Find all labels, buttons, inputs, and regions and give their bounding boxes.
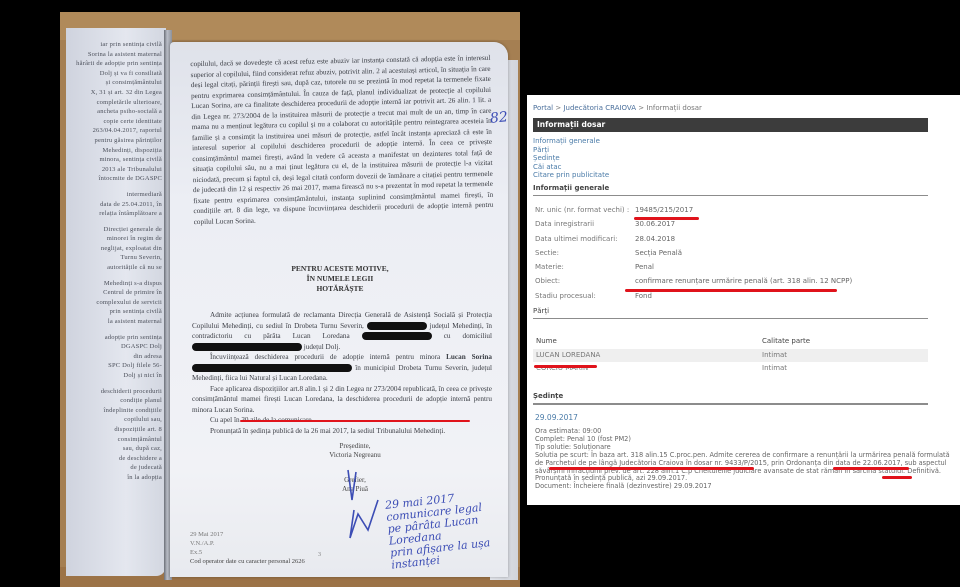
decision-line: Face aplicarea dispozițiilor art.8 alin.…: [192, 384, 492, 416]
decision-page: copilului, dacă se dovedește că acest re…: [170, 42, 508, 577]
footer-date: 29 Mai 2017: [190, 530, 305, 539]
left-page-line: 2013 ale Tribunalului: [70, 165, 162, 175]
nav-link-appeals[interactable]: Căi atac: [533, 163, 609, 172]
left-page-line: de judecată: [70, 463, 162, 473]
parties-table-header: Nume Calitate parte: [533, 335, 928, 349]
left-page-line: completările ulterioare,: [70, 98, 162, 108]
left-page-line: adopție prin sentința: [70, 333, 162, 343]
minor-name: Lucan Sorina: [446, 353, 492, 361]
breadcrumb-separator: >: [638, 104, 644, 112]
left-page-line: deschiderii procedurii: [70, 387, 162, 397]
left-page-text: iar prin sentința civilăSorina la asiste…: [70, 40, 162, 483]
left-page-line: data de 25.04.2011, în: [70, 200, 162, 210]
page-title: Informații dosar: [533, 118, 928, 132]
general-info-header: Informații generale: [533, 184, 928, 196]
left-page-line: Mehedinți s-a dispus: [70, 279, 162, 289]
nav-link-parties[interactable]: Părți: [533, 146, 609, 155]
footer-operator: Cod operator date cu caracter personal 2…: [190, 557, 305, 566]
red-underline-mark: [549, 467, 754, 470]
column-header-name: Nume: [536, 337, 557, 345]
redaction-bar: [192, 343, 302, 351]
decision-line: Încuviințează deschiderea procedurii de …: [210, 353, 440, 361]
left-page-line: relația întâmplătoare a: [70, 209, 162, 219]
info-value: 19485/215/2017: [635, 206, 693, 214]
document-line: Document: Încheiere finală (dezinvestire…: [535, 483, 930, 491]
left-page-line: autoritățile că nu se: [70, 263, 162, 273]
signature-scribble: [338, 460, 388, 540]
president-label: Președinte,: [310, 442, 400, 451]
decision-text: Admite acțiunea formulată de reclamanta …: [192, 310, 492, 436]
red-underline-mark: [625, 289, 837, 292]
party-role: Intimat: [762, 364, 787, 372]
breadcrumb-court[interactable]: Judecătoria CRAIOVA: [563, 104, 636, 112]
breadcrumb-separator: >: [555, 104, 561, 112]
nav-link-hearings[interactable]: Ședințe: [533, 154, 609, 163]
page-number: 3: [318, 552, 321, 558]
handwritten-note: 29 mai 2017 comunicare legal pe pârâta L…: [385, 488, 502, 571]
nav-link-public-summons[interactable]: Citare prin publicitate: [533, 171, 609, 180]
section-nav: Informații generale Părți Ședințe Căi at…: [533, 137, 609, 180]
left-page-line: Sorina la asistent maternal: [70, 50, 162, 60]
hearing-details: Ora estimata: 09:00 Complet: Penal 10 (f…: [535, 428, 930, 491]
info-key: Stadiu procesual:: [535, 292, 630, 300]
left-book-page: iar prin sentința civilăSorina la asiste…: [66, 28, 166, 576]
left-page-line: complexului de servicii: [70, 298, 162, 308]
left-page-line: la asistent maternal: [70, 317, 162, 327]
left-page-line: dispozițiile art. 8: [70, 425, 162, 435]
left-page-line: ancheta psiho-socială a: [70, 107, 162, 117]
breadcrumb-current: Informații dosar: [646, 104, 702, 112]
pronouncement-line: Pronunțată în ședința publică de la 26 m…: [192, 426, 492, 437]
left-page-line: de deschidere a: [70, 454, 162, 464]
info-key: Nr. unic (nr. format vechi) :: [535, 206, 630, 214]
left-page-line: neglijat, exploatat din: [70, 244, 162, 254]
hearings-header: Ședințe: [533, 392, 928, 405]
red-underline-mark: [240, 420, 470, 422]
left-page-line: minorei în regim de: [70, 234, 162, 244]
left-page-line: sau, după caz,: [70, 444, 162, 454]
hearing-date[interactable]: 29.09.2017: [535, 413, 578, 422]
info-value: Penal: [635, 263, 654, 271]
footer-copies: Ex.5: [190, 548, 305, 557]
decision-heading: PENTRU ACESTE MOTIVE, ÎN NUMELE LEGII HO…: [240, 264, 440, 294]
left-page-line: din adresa: [70, 352, 162, 362]
decision-line: județul Dolj.: [304, 343, 340, 351]
table-row: LUCAN LOREDANA Intimat: [533, 349, 928, 362]
left-page-line: copie certe identitate: [70, 117, 162, 127]
info-key: Sectie:: [535, 249, 630, 257]
parties-table: Nume Calitate parte LUCAN LOREDANA Intim…: [533, 335, 928, 375]
heading-line: PENTRU ACESTE MOTIVE,: [240, 264, 440, 274]
decision-line: cu domiciliul: [444, 332, 492, 340]
left-page-line: și consimțământului: [70, 78, 162, 88]
left-page-line: copilului sau,: [70, 415, 162, 425]
left-page-line: consimțământul: [70, 435, 162, 445]
left-page-line: minora, sentința civilă: [70, 155, 162, 165]
left-page-line: iar prin sentința civilă: [70, 40, 162, 50]
left-page-line: Direcției generale de: [70, 225, 162, 235]
info-value: Fond: [635, 292, 652, 300]
party-role: Intimat: [762, 351, 787, 359]
red-underline-mark: [534, 365, 597, 368]
info-value: 30.06.2017: [635, 220, 675, 228]
info-value: Secția Penală: [635, 249, 682, 257]
left-page-line: pentru găsirea părinților: [70, 136, 162, 146]
heading-line: HOTĂRĂȘTE: [240, 284, 440, 294]
president-name: Victoria Negreanu: [310, 451, 400, 460]
info-key: Data inregistrarii: [535, 220, 630, 228]
info-key: Data ultimei modificari:: [535, 235, 630, 243]
redaction-bar: [192, 364, 352, 372]
left-page-line: îndeplinite condițiile: [70, 406, 162, 416]
left-page-line: SPC Dolj filele 56-: [70, 361, 162, 371]
left-page-line: Mehedinți, dispoziția: [70, 146, 162, 156]
nav-link-general-info[interactable]: Informații generale: [533, 137, 609, 146]
red-underline-mark: [833, 467, 909, 470]
info-value: 28.04.2018: [635, 235, 675, 243]
red-underline-mark: [634, 217, 699, 220]
left-page-line: în la adopția: [70, 473, 162, 483]
party-name: LUCAN LOREDANA: [536, 351, 600, 359]
court-portal-page: Portal > Judecătoria CRAIOVA > Informați…: [527, 95, 960, 505]
left-page-line: intermediară: [70, 190, 162, 200]
left-page-line: Dolj și nici în: [70, 371, 162, 381]
left-page-line: condiție planul: [70, 396, 162, 406]
info-key: Obiect:: [535, 277, 630, 285]
column-header-role: Calitate parte: [762, 337, 810, 345]
reasoning-paragraph: copilului, dacă se dovedește că acest re…: [190, 53, 493, 227]
left-page-line: 263/04.04.2017, raportul: [70, 126, 162, 136]
left-page-line: întocmite de DGASPC: [70, 174, 162, 184]
court-decision-photo: iar prin sentința civilăSorina la asiste…: [60, 0, 520, 587]
document-footer: 29 Mai 2017 V.N./A.P. Ex.5 Cod operator …: [190, 530, 305, 566]
breadcrumb-portal[interactable]: Portal: [533, 104, 553, 112]
heading-line: ÎN NUMELE LEGII: [240, 274, 440, 284]
footer-initials: V.N./A.P.: [190, 539, 305, 548]
info-value: confirmare renunțare urmărire penală (ar…: [635, 277, 852, 285]
left-page-line: DGASPC Dolj: [70, 342, 162, 352]
left-page-line: Centrul de primire în: [70, 288, 162, 298]
table-row: CORCIU MARIN Intimat: [533, 362, 928, 375]
redaction-bar: [367, 322, 427, 330]
left-page-line: Turnu Severin,: [70, 253, 162, 263]
left-page-line: X, 31 și art. 32 din Legea: [70, 88, 162, 98]
handwritten-page-number: 82: [489, 111, 508, 125]
left-page-line: Dolj și va fi consiliată: [70, 69, 162, 79]
breadcrumb: Portal > Judecătoria CRAIOVA > Informați…: [533, 104, 702, 112]
red-underline-mark: [882, 476, 912, 479]
info-key: Materie:: [535, 263, 630, 271]
parties-header: Părți: [533, 307, 928, 319]
redaction-bar: [362, 332, 432, 340]
left-page-line: prin sentința civilă: [70, 307, 162, 317]
left-page-line: hărârii de adopție prin sentința: [70, 59, 162, 69]
